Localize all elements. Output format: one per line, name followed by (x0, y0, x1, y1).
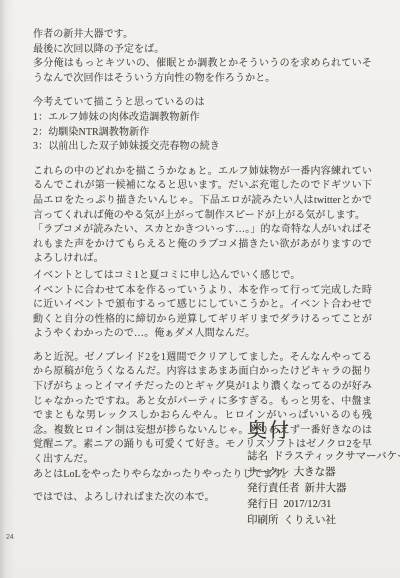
colophon-value: くりえい社 (284, 515, 337, 526)
colophon-row-publisher: 発行責任者新井大器 (247, 481, 400, 497)
colophon: 奥付 誌名ドラスティックサマーバケーション サークル大きな器 発行責任者新井大器… (247, 420, 400, 529)
text-line: 作者の新井大器です。 (33, 28, 372, 43)
colophon-title: 奥付 (247, 420, 400, 442)
paragraph-intro: 作者の新井大器です。 最後に次回以降の予定をば。 多分俺はもっとキツいの、催眠と… (33, 28, 372, 86)
text-line: イベントとしてはコミ1と夏コミに申し込んでいく感じで。 (33, 269, 372, 284)
colophon-label: 誌名 (247, 451, 268, 462)
colophon-value: 大きな器 (294, 467, 336, 478)
colophon-label: 印刷所 (247, 515, 279, 526)
list-item: 3：以前出した双子姉妹援交売春物の続き (33, 140, 372, 155)
list-item: 2：幼馴染NTR調教物新作 (33, 126, 372, 141)
colophon-row-printer: 印刷所くりえい社 (247, 513, 400, 529)
colophon-value: 新井大器 (305, 483, 347, 494)
paragraph-candidates: これらの中のどれかを描こうかなぁと。エルフ姉妹物が一番内容練れているんでこれが第… (33, 165, 372, 267)
colophon-value: ドラスティックサマーバケーション (273, 451, 400, 462)
colophon-label: 発行日 (247, 499, 279, 510)
paragraph-plans-list: 今考えていて描こうと思っているのは 1：エルフ姉妹の肉体改造調教物新作 2：幼馴… (33, 96, 372, 154)
text-line: 最後に次回以降の予定をば。 (33, 43, 372, 58)
text-line: イベントに合わせて本を作るっていうより、本を作って行って完成した時に近いイベント… (33, 284, 372, 342)
colophon-label: 発行責任者 (247, 483, 300, 494)
list-item: 1：エルフ姉妹の肉体改造調教物新作 (33, 111, 372, 126)
text-line: これらの中のどれかを描こうかなぁと。エルフ姉妹物が一番内容練れているんでこれが第… (33, 165, 372, 223)
colophon-value: 2017/12/31 (284, 499, 332, 510)
paragraph-events: イベントとしてはコミ1と夏コミに申し込んでいく感じで。 イベントに合わせて本を作… (33, 269, 372, 342)
colophon-label: サークル (247, 467, 289, 478)
colophon-row-date: 発行日2017/12/31 (247, 497, 400, 513)
text-line: 今考えていて描こうと思っているのは (33, 96, 372, 111)
text-line: 多分俺はもっとキツいの、催眠とか調教とかそういうのを求められていそうなんで次回作… (33, 57, 372, 86)
colophon-row-circle: サークル大きな器 (247, 465, 400, 481)
scanned-afterword-page: 作者の新井大器です。 最後に次回以降の予定をば。 多分俺はもっとキツいの、催眠と… (0, 0, 400, 578)
page-number: 24 (6, 534, 14, 541)
text-line: 「ラブコメが読みたい、スカとかきついっす…。」的な奇特な人がいればそれもまた声を… (33, 223, 372, 267)
colophon-row-title: 誌名ドラスティックサマーバケーション (247, 449, 400, 465)
